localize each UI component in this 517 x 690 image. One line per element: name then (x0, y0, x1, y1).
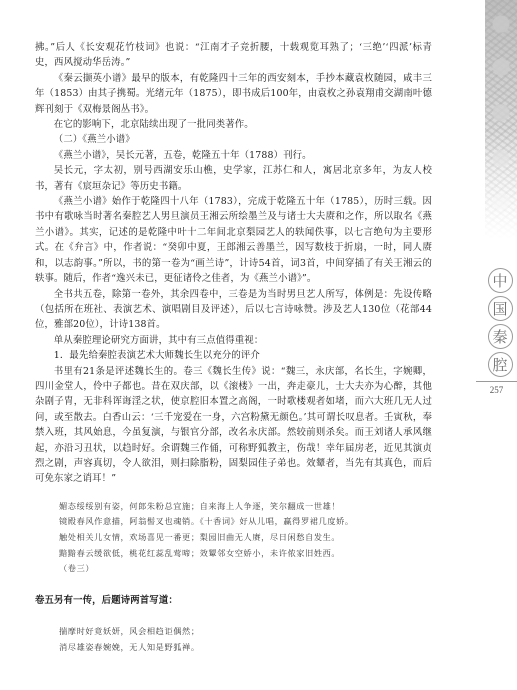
verse-block: 媚态绥绥别有姿，何郎朱粉总宜施；自来海上人争逐，笑尔翻成一世雄！ 镜殿春风作意描… (35, 499, 432, 577)
verse-line: 消尽雄姿春婉娩，无人知是野狐禅。 (59, 640, 432, 656)
verse-line: 揣摩时好竟妖妍，风会相趋讵偶然； (59, 624, 432, 640)
paragraph: 《燕兰小谱》，吴长元著，五卷，乾隆五十年（1788）刊行。 (35, 148, 432, 163)
subsection-heading: 1．最先给秦腔表演艺术大师魏长生以充分的评介 (35, 348, 432, 363)
section-heading: （二）《燕兰小谱》 (35, 132, 432, 147)
page-number-rule (476, 381, 517, 382)
paragraph: 在它的影响下，北京陆续出现了一批同类著作。 (35, 117, 432, 132)
verse-block: 揣摩时好竟妖妍，风会相趋讵偶然； 消尽雄姿春婉娩，无人知是野狐禅。 (35, 624, 432, 655)
book-page: 中 国 秦 腔 257 拂。”后人《长安观花竹枝词》也说：“江南才子竞折腰，十载… (0, 0, 517, 690)
page-number: 257 (476, 385, 517, 395)
paragraph: 吴长元，字太初，别号西湖安乐山樵，史学家，江苏仁和人，寓居北京多年，为友人校书，… (35, 163, 432, 194)
spacer (35, 608, 432, 624)
running-title-vertical: 中 国 秦 腔 (486, 268, 514, 377)
verse-line: 黯黯春云缓欲低，桃花红蕊乱莺啼；效颦邻女空娇小，未许侬家旧姓西。 (59, 546, 432, 562)
paragraph: 拂。”后人《长安观花竹枝词》也说：“江南才子竞折腰，十载观览耳熟了；‘三绝’‘四… (35, 40, 432, 71)
running-title-char: 秦 (488, 324, 513, 349)
paragraph: 卷五另有一传，后题诗两首写道： (35, 593, 432, 608)
paragraph: 《燕兰小谱》始作于乾隆四十八年（1783），完成于乾隆五十年（1785），历时三… (35, 194, 432, 286)
verse-source: （卷三） (59, 561, 432, 577)
paragraph: 单从秦腔理论研究方面讲，其中有三点值得重视： (35, 333, 432, 348)
running-title-char: 中 (488, 268, 513, 293)
paragraph: 全书共五卷，除第一卷外，其余四卷中，三卷是为当时男旦艺人所写，体例是：先设传略（… (35, 287, 432, 333)
verse-line: 媚态绥绥别有姿，何郎朱粉总宜施；自来海上人争逐，笑尔翻成一世雄！ (59, 499, 432, 515)
running-title-char: 腔 (488, 352, 513, 377)
paragraph: 《秦云撷英小谱》最早的版本，有乾隆四十三年的西安刻本，手抄本藏袁枚随园，咸丰三年… (35, 71, 432, 117)
decorative-pattern-border (485, 0, 517, 240)
paragraph: 书里有21条是评述魏长生的。卷三《魏长生传》说：“魏三，永庆部，名长生，字婉卿，… (35, 364, 432, 487)
spacer (35, 577, 432, 593)
running-title-char: 国 (488, 296, 513, 321)
verse-line: 镜殿春风作意描，阿翁髻叉也魂销。《十香词》好从儿唱，赢得罗裙几度娇。 (59, 514, 432, 530)
verse-line: 触处相关儿女情，欢场喜见一番更；梨园旧曲无人赓，尽日闲愁自发生。 (59, 530, 432, 546)
main-text: 拂。”后人《长安观花竹枝词》也说：“江南才子竞折腰，十载观览耳熟了；‘三绝’‘四… (35, 40, 432, 655)
